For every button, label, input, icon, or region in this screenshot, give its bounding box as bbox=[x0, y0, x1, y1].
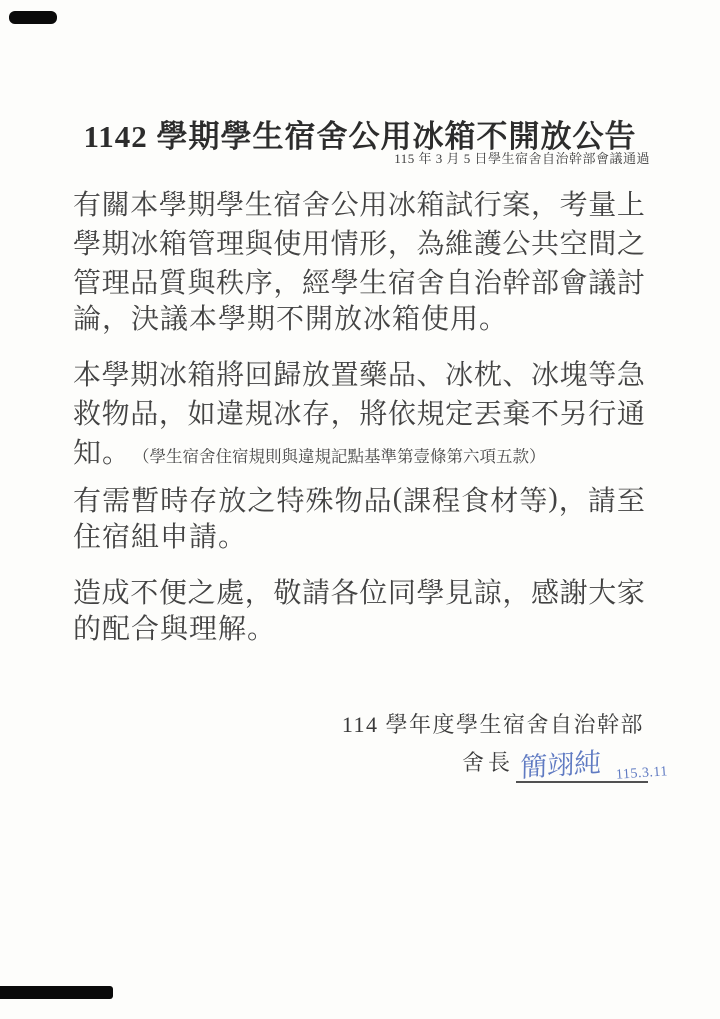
handwritten-signature: 簡翊純 bbox=[520, 740, 601, 785]
scanned-announcement-page: 1142 學期學生宿舍公用冰箱不開放公告 115 年 3 月 5 日學生宿舍自治… bbox=[0, 0, 720, 1019]
signature-organization: 114 學年度學生宿舍自治幹部 bbox=[342, 708, 644, 739]
text-line: 的配合與理解。 bbox=[73, 610, 645, 649]
text-line: 論，決議本學期不開放冰箱使用。 bbox=[73, 300, 645, 339]
scan-artifact-bottom-bar bbox=[0, 986, 113, 999]
text-line: 有關本學期學生宿舍公用冰箱試行案，考量上 bbox=[73, 183, 645, 222]
text-line: 本學期冰箱將回歸放置藥品、冰枕、冰塊等急 bbox=[73, 353, 645, 392]
text-line: 學期冰箱管理與使用情形，為維護公共空間之 bbox=[73, 222, 645, 261]
handwritten-date: 115.3.11 bbox=[616, 764, 669, 784]
text-line: 救物品，如違規冰存，將依規定丟棄不另行通 bbox=[73, 392, 645, 431]
text-line: 管理品質與秩序，經學生宿舍自治幹部會議討 bbox=[73, 261, 645, 300]
text-line: 知。（學生宿舍住宿規則與違規記點基準第壹條第六項五款） bbox=[73, 431, 645, 465]
signature-row: 舍長 簡翊純 115.3.11 bbox=[462, 741, 648, 783]
signature-role-label: 舍長 bbox=[462, 743, 514, 783]
text-line: 住宿組申請。 bbox=[73, 518, 645, 557]
approval-note: 115 年 3 月 5 日學生宿舍自治幹部會議通過 bbox=[394, 148, 650, 167]
text-line: 有需暫時存放之特殊物品(課程食材等)，請至 bbox=[73, 479, 645, 518]
paragraph: 有關本學期學生宿舍公用冰箱試行案，考量上學期冰箱管理與使用情形，為維護公共空間之… bbox=[73, 183, 645, 339]
announcement-body: 有關本學期學生宿舍公用冰箱試行案，考量上學期冰箱管理與使用情形，為維護公共空間之… bbox=[73, 183, 645, 663]
paragraph: 本學期冰箱將回歸放置藥品、冰枕、冰塊等急救物品，如違規冰存，將依規定丟棄不另行通… bbox=[73, 353, 645, 465]
signature-line: 簡翊純 115.3.11 bbox=[516, 741, 648, 783]
paragraph: 有需暫時存放之特殊物品(課程食材等)，請至住宿組申請。 bbox=[73, 479, 645, 557]
regulation-reference-note: （學生宿舍住宿規則與違規記點基準第壹條第六項五款） bbox=[133, 443, 546, 467]
text-line: 造成不便之處，敬請各位同學見諒，感謝大家 bbox=[73, 571, 645, 610]
scan-artifact-top-bar bbox=[9, 11, 57, 24]
paragraph: 造成不便之處，敬請各位同學見諒，感謝大家的配合與理解。 bbox=[73, 571, 645, 649]
